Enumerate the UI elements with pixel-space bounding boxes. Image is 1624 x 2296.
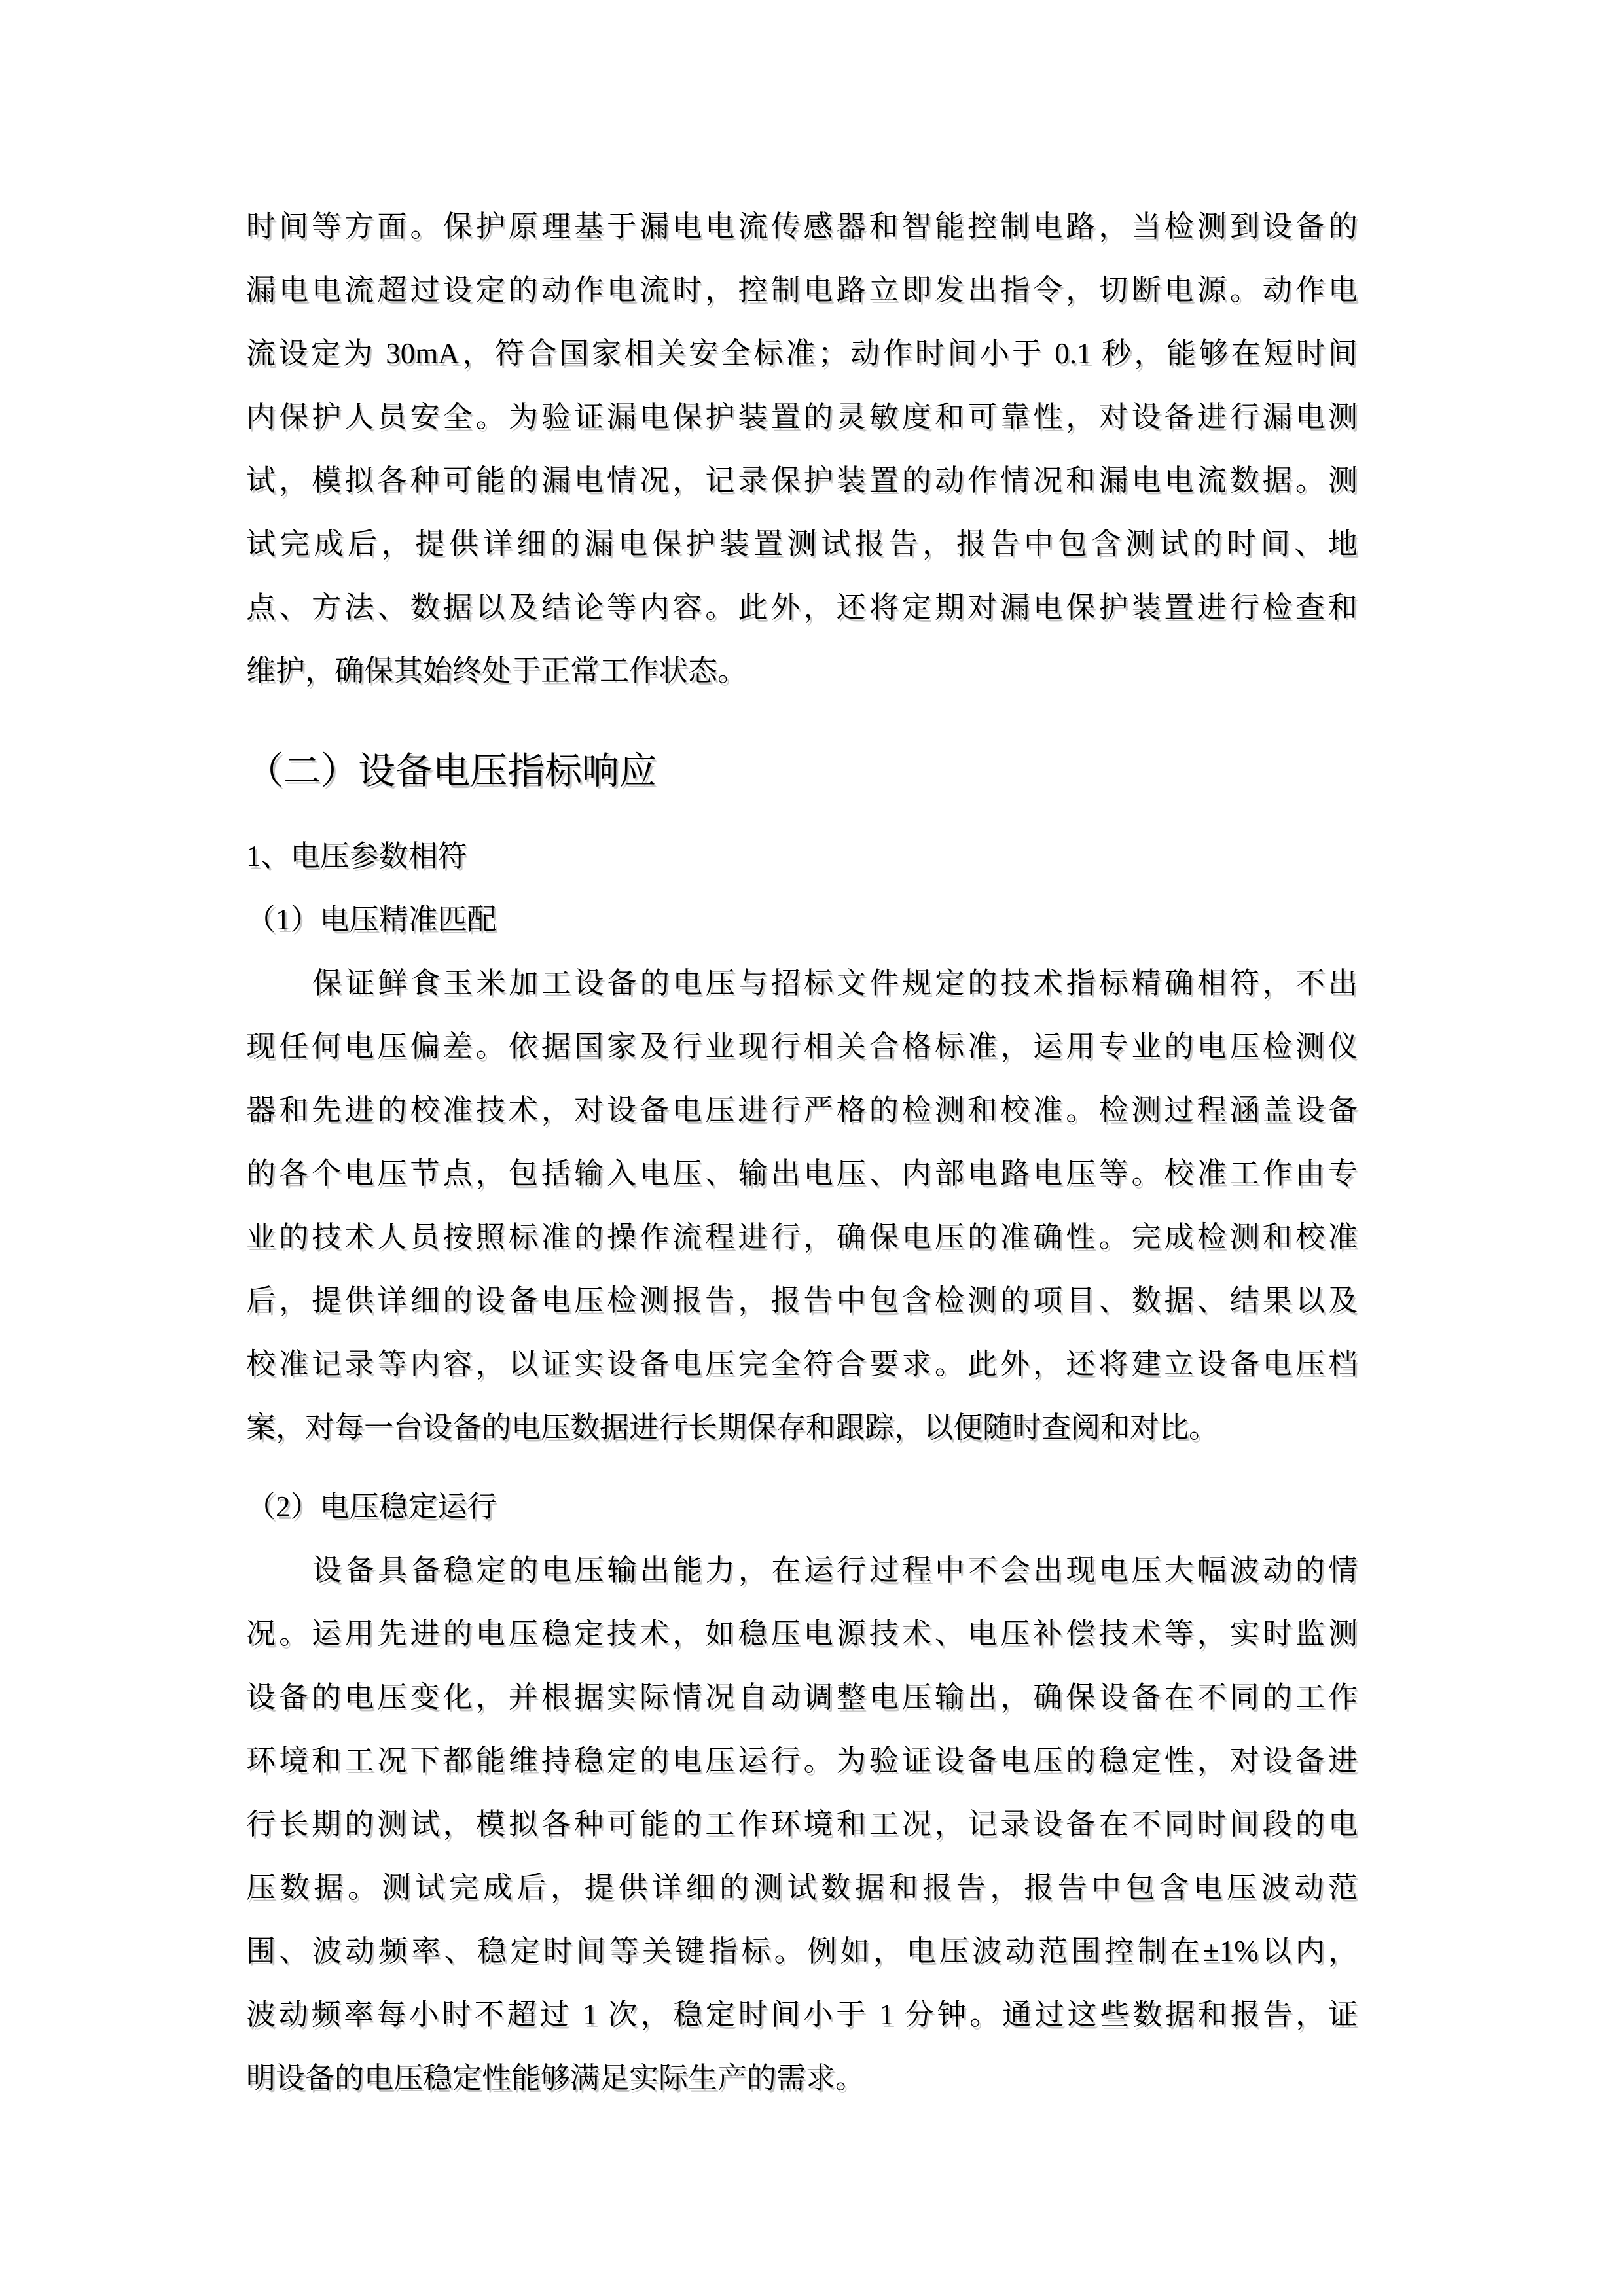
paragraph-voltage-stability: 设备具备稳定的电压输出能力，在运行过程中不会出现电压大幅波动的情 况。运用先进的… <box>246 1539 1358 2110</box>
text-line: 明设备的电压稳定性能够满足实际生产的需求。 <box>246 2047 1358 2110</box>
sub-item-heading-1: （1）电压精准匹配 <box>246 888 1358 952</box>
text-line: 流设定为 30mA，符合国家相关安全标准；动作时间小于 0.1 秒，能够在短时间 <box>246 322 1358 386</box>
list-item-heading-1: 1、电压参数相符 <box>246 825 1358 888</box>
document-page: 时间等方面。保护原理基于漏电电流传感器和智能控制电路，当检测到设备的 漏电电流超… <box>0 0 1624 2296</box>
text-line: 况。运用先进的电压稳定技术，如稳压电源技术、电压补偿技术等，实时监测 <box>246 1602 1358 1666</box>
text-line: 校准记录等内容，以证实设备电压完全符合要求。此外，还将建立设备电压档 <box>246 1333 1358 1396</box>
text-line: 点、方法、数据以及结论等内容。此外，还将定期对漏电保护装置进行检查和 <box>246 576 1358 639</box>
text-line: 围、波动频率、稳定时间等关键指标。例如，电压波动范围控制在±1%以内， <box>246 1920 1358 1983</box>
text-line: 漏电电流超过设定的动作电流时，控制电路立即发出指令，切断电源。动作电 <box>246 259 1358 322</box>
paragraph-voltage-match: 保证鲜食玉米加工设备的电压与招标文件规定的技术指标精确相符，不出 现任何电压偏差… <box>246 952 1358 1460</box>
text-line: 时间等方面。保护原理基于漏电电流传感器和智能控制电路，当检测到设备的 <box>246 195 1358 259</box>
text-line: 保证鲜食玉米加工设备的电压与招标文件规定的技术指标精确相符，不出 <box>246 952 1358 1015</box>
text-line: 后，提供详细的设备电压检测报告，报告中包含检测的项目、数据、结果以及 <box>246 1269 1358 1333</box>
text-line: 设备具备稳定的电压输出能力，在运行过程中不会出现电压大幅波动的情 <box>246 1539 1358 1602</box>
text-line: 试完成后，提供详细的漏电保护装置测试报告，报告中包含测试的时间、地 <box>246 512 1358 576</box>
text-line: 业的技术人员按照标准的操作流程进行，确保电压的准确性。完成检测和校准 <box>246 1206 1358 1269</box>
text-line: 维护，确保其始终处于正常工作状态。 <box>246 639 1358 703</box>
paragraph-leakage-protection: 时间等方面。保护原理基于漏电电流传感器和智能控制电路，当检测到设备的 漏电电流超… <box>246 195 1358 703</box>
sub-item-heading-2: （2）电压稳定运行 <box>246 1475 1358 1539</box>
text-line: 设备的电压变化，并根据实际情况自动调整电压输出，确保设备在不同的工作 <box>246 1666 1358 1729</box>
text-line: 压数据。测试完成后，提供详细的测试数据和报告，报告中包含电压波动范 <box>246 1856 1358 1920</box>
text-line: 行长期的测试，模拟各种可能的工作环境和工况，记录设备在不同时间段的电 <box>246 1793 1358 1856</box>
text-line: 案，对每一台设备的电压数据进行长期保存和跟踪，以便随时查阅和对比。 <box>246 1396 1358 1460</box>
text-line: 内保护人员安全。为验证漏电保护装置的灵敏度和可靠性，对设备进行漏电测 <box>246 386 1358 449</box>
text-line: 环境和工况下都能维持稳定的电压运行。为验证设备电压的稳定性，对设备进 <box>246 1729 1358 1793</box>
text-line: 的各个电压节点，包括输入电压、输出电压、内部电路电压等。校准工作由专 <box>246 1142 1358 1206</box>
text-line: 器和先进的校准技术，对设备电压进行严格的检测和校准。检测过程涵盖设备 <box>246 1079 1358 1142</box>
text-line: 现任何电压偏差。依据国家及行业现行相关合格标准，运用专业的电压检测仪 <box>246 1015 1358 1079</box>
page-content: 时间等方面。保护原理基于漏电电流传感器和智能控制电路，当检测到设备的 漏电电流超… <box>246 195 1358 2110</box>
section-heading: （二）设备电压指标响应 <box>246 729 1358 814</box>
text-line: 试，模拟各种可能的漏电情况，记录保护装置的动作情况和漏电电流数据。测 <box>246 449 1358 512</box>
text-line: 波动频率每小时不超过 1 次，稳定时间小于 1 分钟。通过这些数据和报告，证 <box>246 1983 1358 2047</box>
